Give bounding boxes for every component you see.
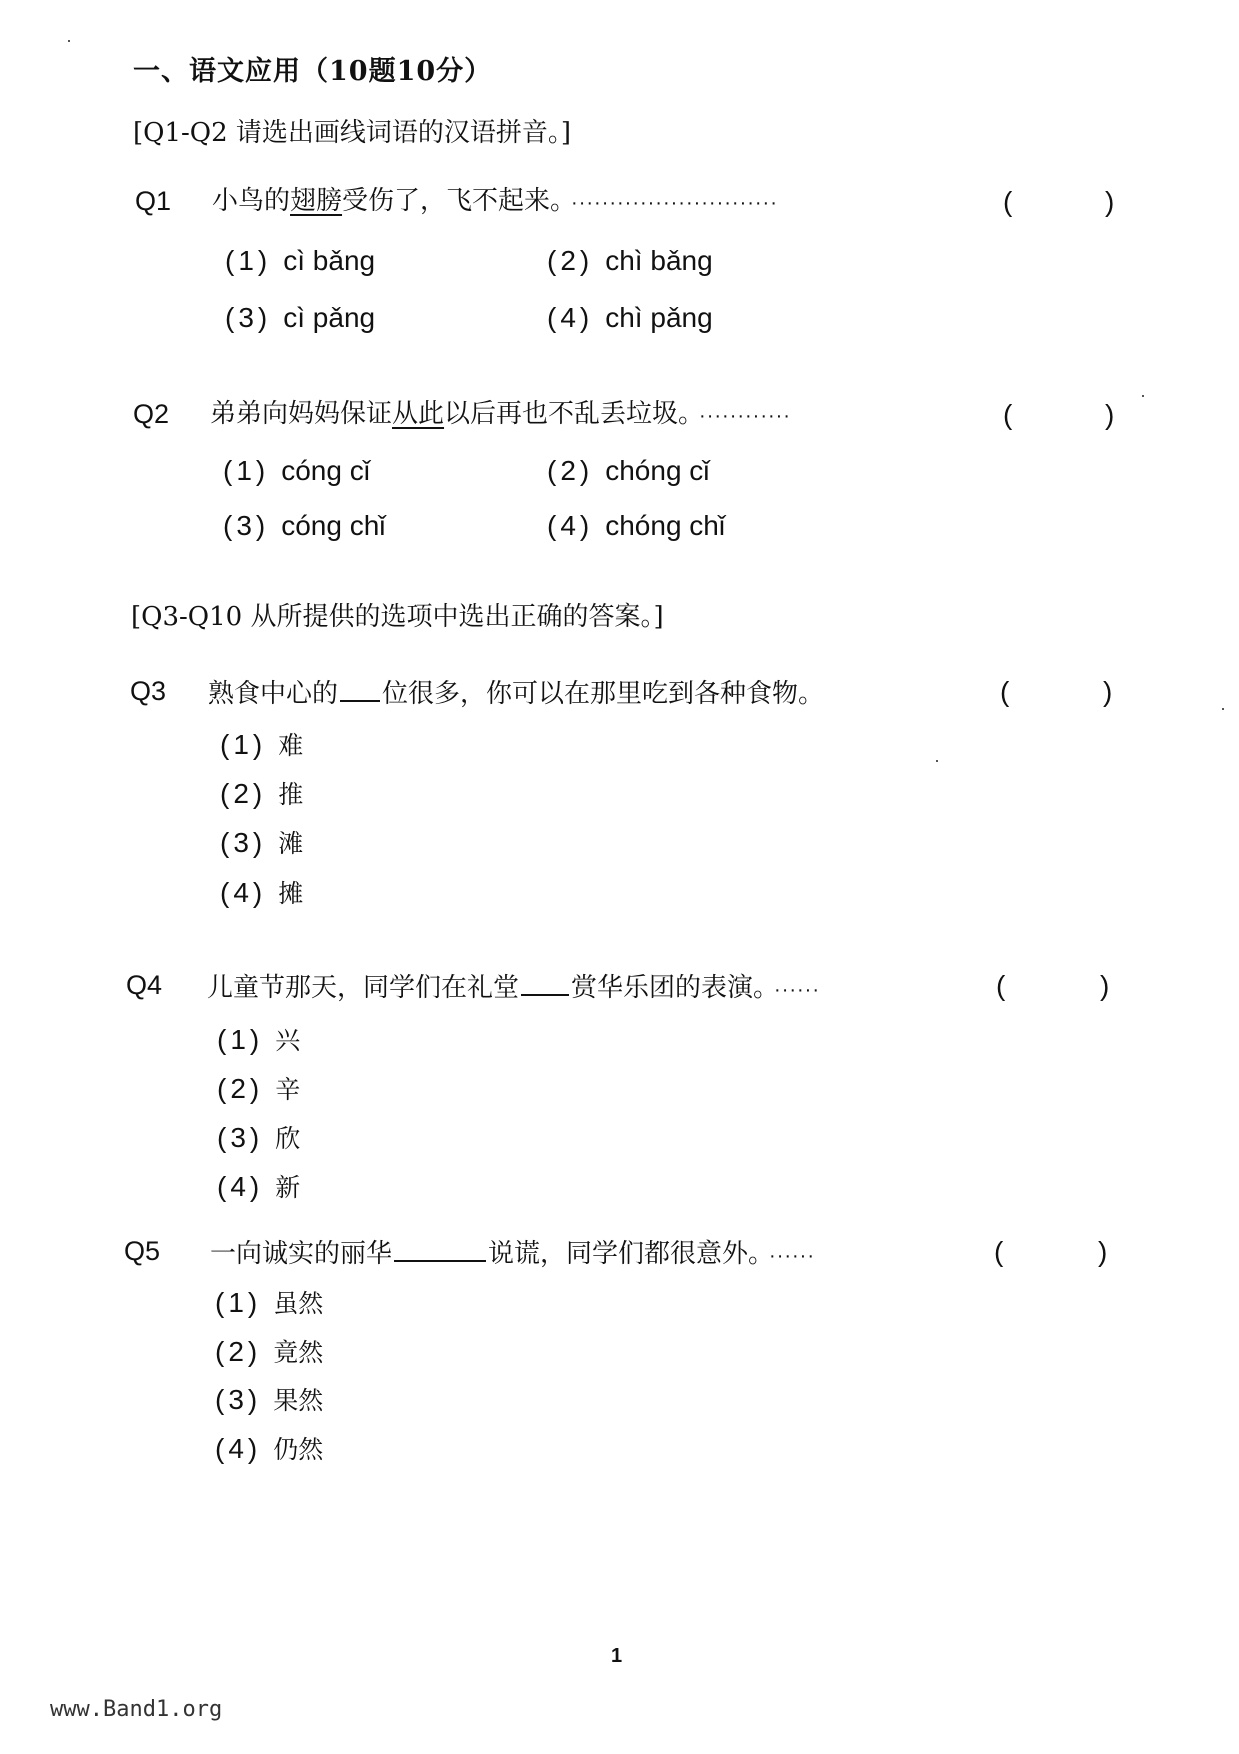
question-text-after: 赏华乐团的表演。 (571, 973, 766, 1003)
option-value: 虽然 (273, 1289, 323, 1318)
option-number: (1) (225, 245, 271, 276)
question-text: 儿童节那天，同学们在礼堂赏华乐团的表演。······ (207, 972, 820, 1001)
option-number: (2) (215, 1336, 261, 1367)
watermark-link[interactable]: www.Band1.org (50, 1699, 222, 1721)
fill-in-blank[interactable] (521, 972, 569, 996)
leader-dots: ······ (774, 979, 820, 1001)
question-text: 一向诚实的丽华说谎，同学们都很意外。······ (210, 1238, 815, 1267)
option-3[interactable]: (3)滩 (220, 829, 303, 857)
leader-dots: ··························· (571, 192, 778, 214)
scan-speck (1222, 708, 1224, 710)
option-value: 难 (278, 731, 303, 760)
question-label: Q4 (126, 972, 162, 999)
answer-bracket-close: ) (1103, 678, 1112, 706)
option-3[interactable]: (3)cóng chǐ (223, 512, 386, 540)
question-text-before: 一向诚实的丽华 (210, 1239, 392, 1269)
option-3[interactable]: (3)cì pǎng (225, 304, 375, 332)
scan-speck (68, 40, 70, 42)
question-text: 弟弟向妈妈保证从此以后再也不乱丢垃圾。············ (210, 401, 791, 427)
option-number: (4) (220, 877, 266, 908)
option-value: chóng cǐ (605, 455, 709, 486)
question-text-after: 位很多，你可以在那里吃到各种食物。 (382, 679, 824, 709)
fill-in-blank[interactable] (340, 678, 380, 702)
answer-bracket-open: ( (1003, 188, 1012, 216)
option-value: 欣 (275, 1124, 300, 1153)
option-3[interactable]: (3)果然 (215, 1386, 323, 1414)
option-value: 滩 (278, 829, 303, 858)
option-value: 摊 (278, 879, 303, 908)
answer-bracket-open: ( (994, 1238, 1003, 1266)
option-value: 果然 (273, 1386, 323, 1415)
option-number: (4) (547, 302, 593, 333)
option-2[interactable]: (2)chóng cǐ (547, 457, 710, 485)
option-number: (2) (547, 455, 593, 486)
option-number: (1) (220, 729, 266, 760)
option-1[interactable]: (1)cì bǎng (225, 247, 375, 275)
question-text-after: 以后再也不乱丢垃圾。 (444, 399, 691, 429)
question-text-before: 弟弟向妈妈保证 (210, 399, 392, 429)
option-number: (4) (547, 510, 593, 541)
option-1[interactable]: (1)cóng cǐ (223, 457, 370, 485)
option-number: (2) (547, 245, 593, 276)
option-2[interactable]: (2)chì bǎng (547, 247, 713, 275)
question-label: Q5 (124, 1238, 160, 1265)
option-2[interactable]: (2)辛 (217, 1075, 300, 1103)
option-value: 仍然 (273, 1435, 323, 1464)
option-number: (3) (220, 827, 266, 858)
option-1[interactable]: (1)难 (220, 731, 303, 759)
option-value: 新 (275, 1173, 300, 1202)
answer-bracket-close: ) (1105, 188, 1114, 216)
option-2[interactable]: (2)竟然 (215, 1338, 323, 1366)
fill-in-blank[interactable] (394, 1238, 486, 1262)
question-label: Q1 (135, 188, 171, 215)
answer-bracket-open: ( (1003, 401, 1012, 429)
option-2[interactable]: (2)推 (220, 780, 303, 808)
question-text: 小鸟的翅膀受伤了，飞不起来。··························… (212, 188, 778, 214)
page-number: 1 (611, 1646, 622, 1666)
option-4[interactable]: (4)摊 (220, 879, 303, 907)
option-4[interactable]: (4)chóng chǐ (547, 512, 725, 540)
question-label: Q2 (133, 401, 169, 428)
option-number: (2) (217, 1073, 263, 1104)
question-text-after: 受伤了，飞不起来。 (342, 186, 563, 216)
option-value: cóng cǐ (281, 455, 370, 486)
scan-speck (936, 760, 938, 762)
question-label: Q3 (130, 678, 166, 705)
answer-bracket-open: ( (996, 972, 1005, 1000)
option-value: cì pǎng (283, 302, 375, 333)
option-value: chóng chǐ (605, 510, 725, 541)
question-text: 熟食中心的位很多，你可以在那里吃到各种食物。 (208, 678, 824, 707)
answer-bracket-close: ) (1098, 1238, 1107, 1266)
option-value: 竟然 (273, 1338, 323, 1367)
option-number: (1) (217, 1024, 263, 1055)
option-number: (3) (223, 510, 269, 541)
option-1[interactable]: (1)兴 (217, 1026, 300, 1054)
leader-dots: ······ (769, 1245, 815, 1267)
option-number: (1) (215, 1287, 261, 1318)
answer-bracket-close: ) (1105, 401, 1114, 429)
answer-bracket-open: ( (1000, 678, 1009, 706)
question-text-before: 儿童节那天，同学们在礼堂 (207, 973, 519, 1003)
option-number: (1) (223, 455, 269, 486)
scan-speck (1142, 395, 1144, 397)
section-heading: 一、语文应用（10题10分） (133, 58, 492, 85)
option-number: (3) (215, 1384, 261, 1415)
underlined-word: 翅膀 (290, 186, 342, 216)
option-number: (3) (225, 302, 271, 333)
option-value: chì pǎng (605, 302, 712, 333)
option-value: 推 (278, 780, 303, 809)
underlined-word: 从此 (392, 399, 444, 429)
option-value: cóng chǐ (281, 510, 385, 541)
option-3[interactable]: (3)欣 (217, 1124, 300, 1152)
option-1[interactable]: (1)虽然 (215, 1289, 323, 1317)
question-text-after: 说谎，同学们都很意外。 (488, 1239, 761, 1269)
question-text-before: 小鸟的 (212, 186, 290, 216)
question-text-before: 熟食中心的 (208, 679, 338, 709)
option-4[interactable]: (4)新 (217, 1173, 300, 1201)
answer-bracket-close: ) (1100, 972, 1109, 1000)
option-4[interactable]: (4)仍然 (215, 1435, 323, 1463)
leader-dots: ············ (699, 405, 791, 427)
option-value: 兴 (275, 1026, 300, 1055)
option-value: chì bǎng (605, 245, 712, 276)
option-value: 辛 (275, 1075, 300, 1104)
option-number: (4) (217, 1171, 263, 1202)
option-value: cì bǎng (283, 245, 375, 276)
option-4[interactable]: (4)chì pǎng (547, 304, 713, 332)
option-number: (2) (220, 778, 266, 809)
option-number: (4) (215, 1433, 261, 1464)
instruction-q1-q2: [Q1-Q2 请选出画线词语的汉语拼音。] (133, 120, 571, 146)
option-number: (3) (217, 1122, 263, 1153)
instruction-q3-q10: [Q3-Q10 从所提供的选项中选出正确的答案。] (131, 604, 664, 630)
